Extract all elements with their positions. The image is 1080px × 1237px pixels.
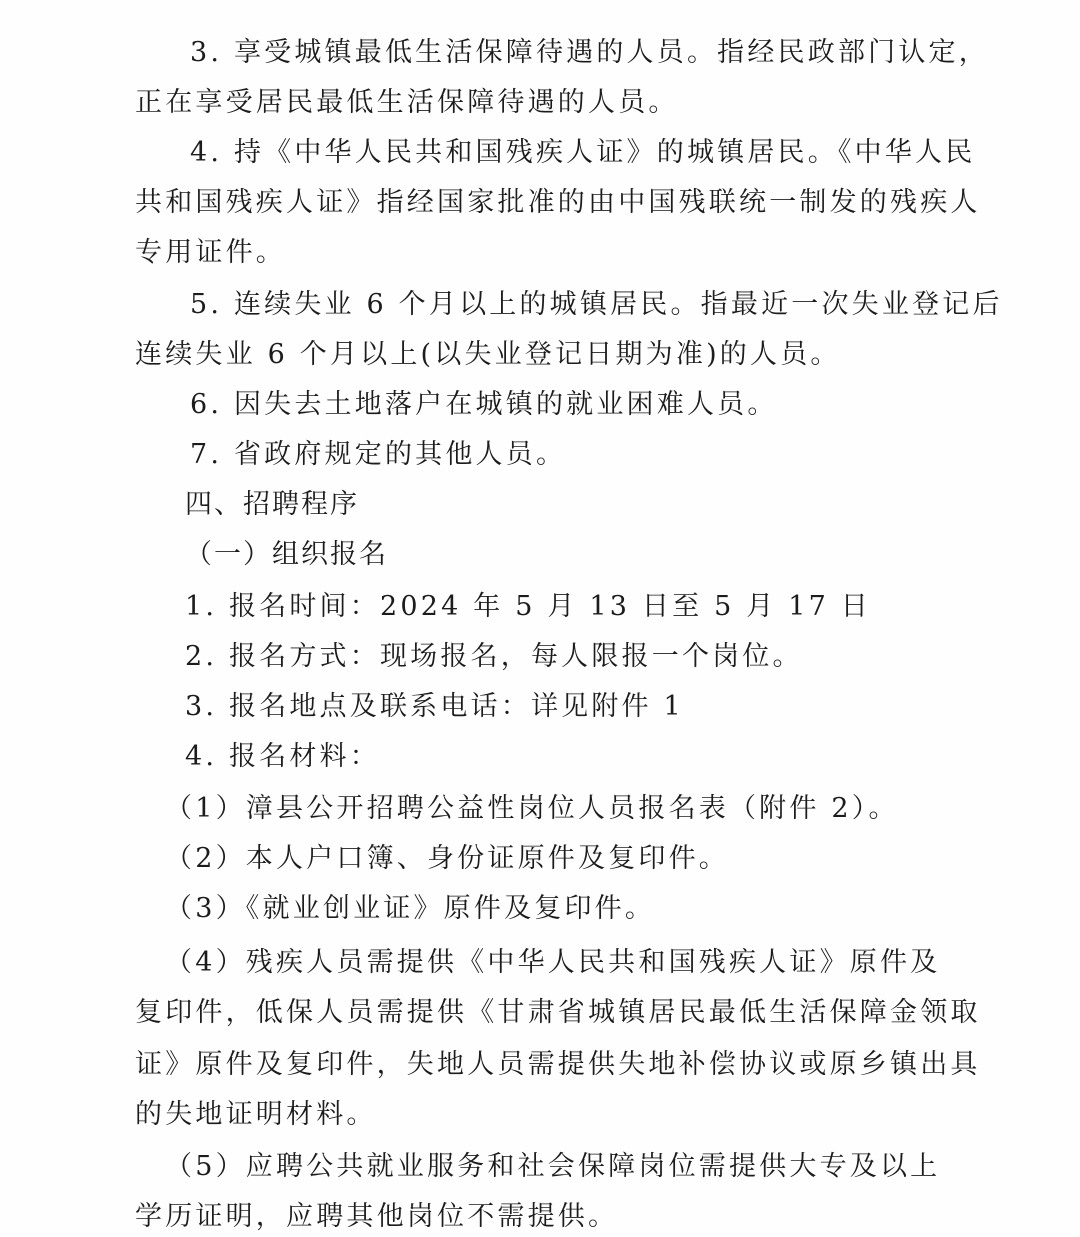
item-7: 7. 省政府规定的其他人员。 <box>190 438 566 472</box>
item-6: 6. 因失去土地落户在城镇的就业困难人员。 <box>190 388 778 422</box>
registration-materials-label: 4. 报名材料： <box>185 740 380 774</box>
registration-location: 3. 报名地点及联系电话：详见附件 1 <box>185 690 684 724</box>
item-4-line-1: 4. 持《中华人民共和国残疾人证》的城镇居民。《中华人民 <box>190 136 975 170</box>
item-5-line-2: 连续失业 6 个月以上(以失业登记日期为准)的人员。 <box>135 338 841 372</box>
registration-time: 1. 报名时间：2024 年 5 月 13 日至 5 月 17 日 <box>185 590 871 624</box>
item-3-line-2: 正在享受居民最低生活保障待遇的人员。 <box>135 86 679 120</box>
material-5-line-2: 学历证明，应聘其他岗位不需提供。 <box>135 1200 618 1234</box>
material-5-line-1: （5）应聘公共就业服务和社会保障岗位需提供大专及以上 <box>165 1150 940 1184</box>
material-1: （1）漳县公开招聘公益性岗位人员报名表（附件 2）。 <box>165 792 899 826</box>
material-4-line-3: 证》原件及复印件，失地人员需提供失地补偿协议或原乡镇出具 <box>135 1048 981 1082</box>
material-4-line-2: 复印件，低保人员需提供《甘肃省城镇居民最低生活保障金领取 <box>135 996 981 1030</box>
subsection-heading-registration: （一）组织报名 <box>185 538 388 572</box>
item-3-line-1: 3. 享受城镇最低生活保障待遇的人员。指经民政部门认定， <box>190 36 989 70</box>
material-4-line-4: 的失地证明材料。 <box>135 1098 377 1132</box>
section-heading-recruitment-procedure: 四、招聘程序 <box>185 488 359 522</box>
item-4-line-2: 共和国残疾人证》指经国家批准的由中国残联统一制发的残疾人 <box>135 186 981 220</box>
material-4-line-1: （4）残疾人员需提供《中华人民共和国残疾人证》原件及 <box>165 946 940 980</box>
item-4-line-3: 专用证件。 <box>135 236 286 270</box>
material-3: （3）《就业创业证》原件及复印件。 <box>165 892 655 926</box>
document-page: 3. 享受城镇最低生活保障待遇的人员。指经民政部门认定， 正在享受居民最低生活保… <box>0 0 1080 1237</box>
registration-method: 2. 报名方式：现场报名，每人限报一个岗位。 <box>185 640 803 674</box>
material-2: （2）本人户口簿、身份证原件及复印件。 <box>165 842 729 876</box>
item-5-line-1: 5. 连续失业 6 个月以上的城镇居民。指最近一次失业登记后 <box>190 288 1003 322</box>
